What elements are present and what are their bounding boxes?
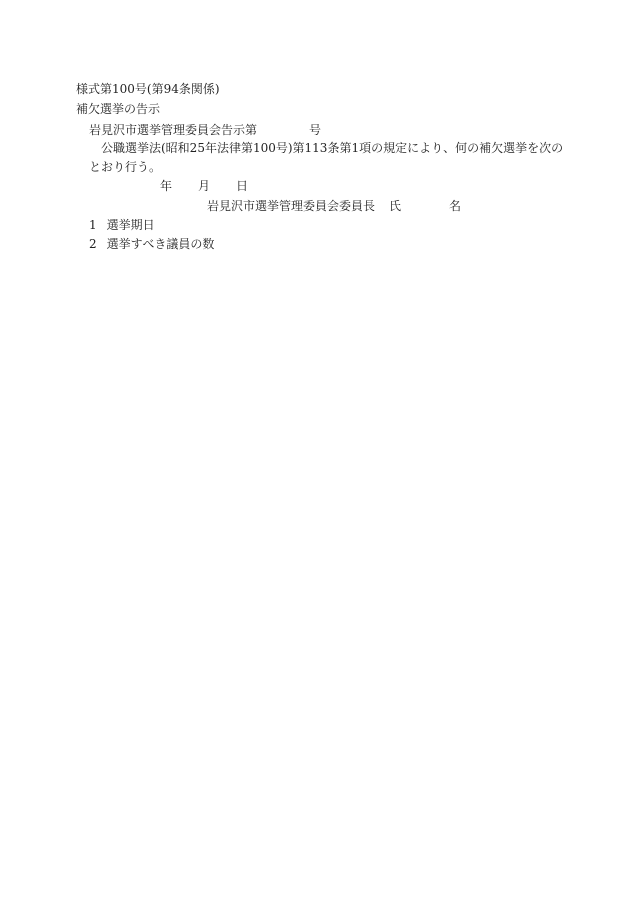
signer-line: 岩見沢市選挙管理委員会委員長氏名 bbox=[207, 199, 461, 213]
notice-number: 岩見沢市選挙管理委員会告示第号 bbox=[89, 123, 321, 137]
date-line: 年月日 bbox=[160, 179, 248, 193]
notice-number-prefix: 岩見沢市選挙管理委員会告示第 bbox=[89, 123, 257, 137]
date-year: 年 bbox=[160, 179, 172, 193]
list-item: 2選挙すべき議員の数 bbox=[89, 237, 214, 251]
item-number: 2 bbox=[89, 237, 97, 251]
item-number: 1 bbox=[89, 218, 97, 232]
item-label: 選挙すべき議員の数 bbox=[107, 237, 215, 251]
date-day: 日 bbox=[236, 179, 248, 193]
body-text-line-1: 公職選挙法(昭和25年法律第100号)第113条第1項の規定により、何の補欠選挙… bbox=[101, 141, 563, 155]
document-heading: 補欠選挙の告示 bbox=[76, 102, 160, 116]
signer-title: 岩見沢市選挙管理委員会委員長 bbox=[207, 199, 375, 213]
date-month: 月 bbox=[198, 179, 210, 193]
body-text-line-2: とおり行う。 bbox=[89, 160, 161, 174]
signer-name-1: 氏 bbox=[389, 199, 401, 213]
notice-number-suffix: 号 bbox=[309, 123, 321, 137]
item-label: 選挙期日 bbox=[107, 218, 155, 232]
form-title: 様式第100号(第94条関係) bbox=[76, 82, 220, 96]
signer-name-2: 名 bbox=[449, 199, 461, 213]
list-item: 1選挙期日 bbox=[89, 218, 155, 232]
